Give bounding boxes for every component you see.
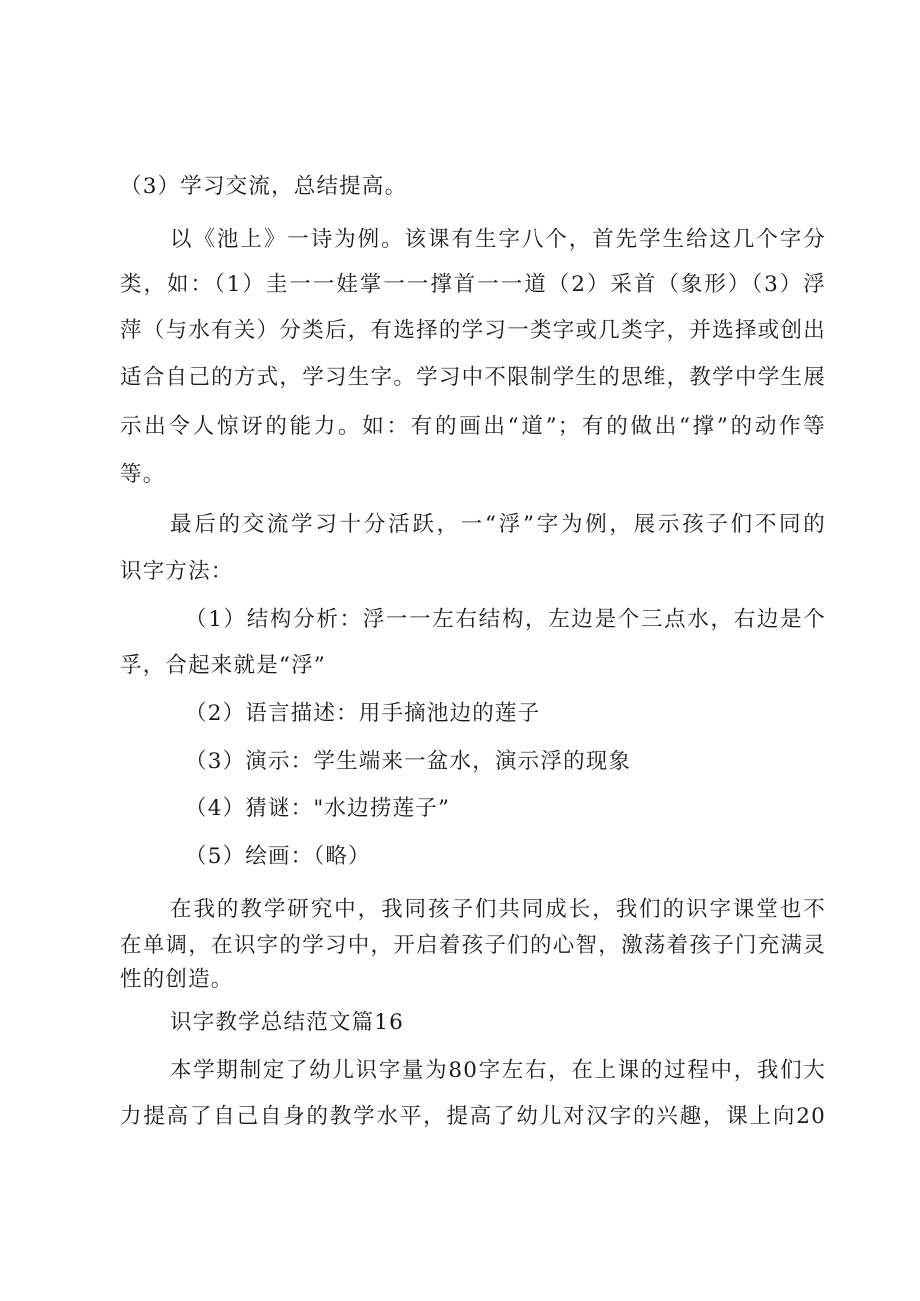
text-line: 类，如：（1）圭一一娃掌一一撑首一一道（2）采首（象形）（3）浮 [120, 270, 826, 300]
text-line: 力提高了自己自身的教学水平，提高了幼儿对汉字的兴趣，课上向20 [120, 1102, 826, 1132]
text-line: 识字教学总结范文篇16 [170, 1008, 826, 1038]
text-line: 等。 [120, 460, 826, 490]
text-line: 孚，合起来就是“浮” [120, 651, 826, 681]
text-line: 在我的教学研究中，我同孩子们共同成长，我们的识字课堂也不 [170, 895, 826, 925]
document-page: （3）学习交流，总结提高。以《池上》一诗为例。该课有生字八个，首先学生给这几个字… [0, 0, 920, 1301]
text-line: 以《池上》一诗为例。该课有生字八个，首先学生给这几个字分 [170, 225, 826, 255]
text-line: 识字方法： [120, 557, 826, 587]
text-line: 在单调，在识字的学习中，开启着孩子们的心智，激荡着孩子门充满灵 [120, 931, 826, 961]
text-line: 本学期制定了幼儿识字量为80字左右，在上课的过程中，我们大 [170, 1056, 826, 1086]
text-line: 示出令人惊讶的能力。如：有的画出“道”；有的做出“撑”的动作等 [120, 412, 826, 442]
text-line: （4）猜谜："水边捞莲子” [185, 794, 826, 824]
text-line: 最后的交流学习十分活跃，一“浮”字为例，展示孩子们不同的 [170, 510, 826, 540]
text-line: （3）演示：学生端来一盆水，演示浮的现象 [185, 747, 826, 777]
text-line: 适合自己的方式，学习生字。学习中不限制学生的思维，教学中学生展 [120, 363, 826, 393]
text-line: （1）结构分析：浮一一左右结构，左边是个三点水，右边是个 [185, 605, 826, 635]
text-line: 萍（与水有关）分类后，有选择的学习一类字或几类字，并选择或创出 [120, 316, 826, 346]
text-line: 性的创造。 [120, 965, 826, 995]
text-line: （2）语言描述：用手摘池边的莲子 [185, 699, 826, 729]
text-line: （5）绘画：（略） [185, 842, 826, 872]
text-line: （3）学习交流，总结提高。 [120, 172, 826, 202]
